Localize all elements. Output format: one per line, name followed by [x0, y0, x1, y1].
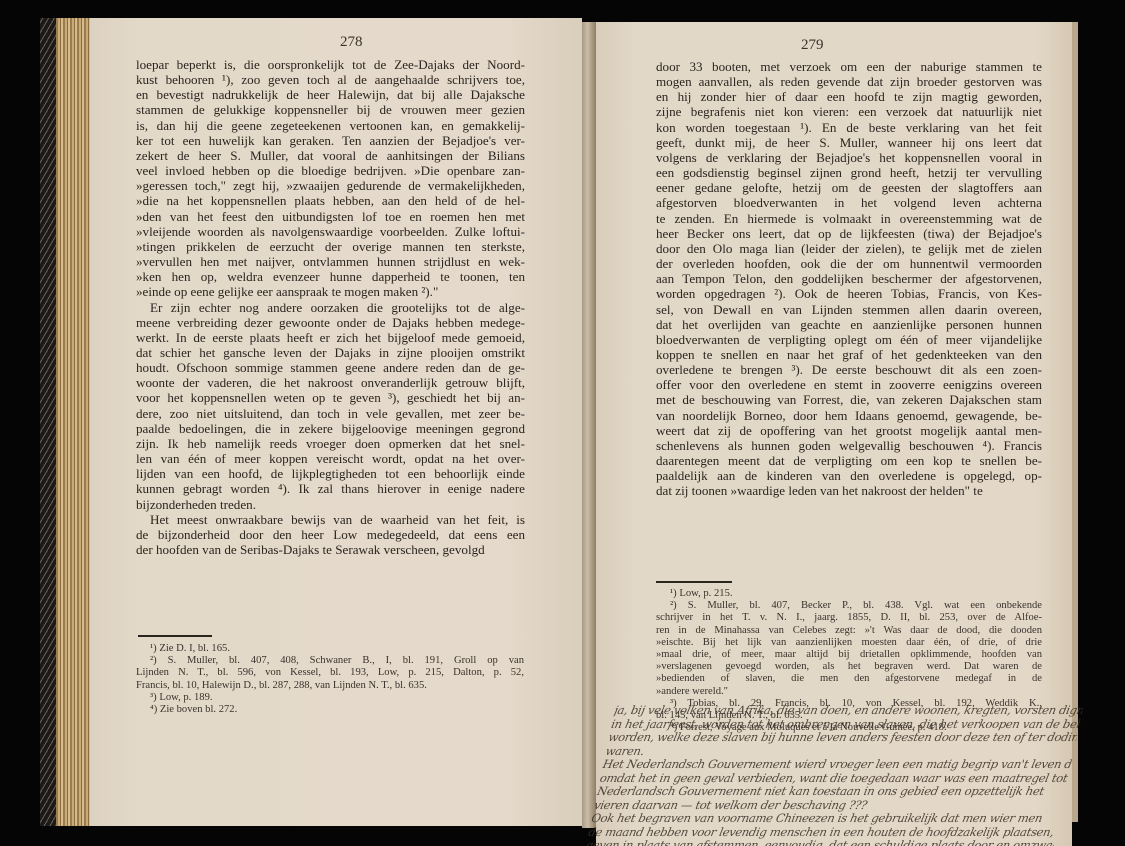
text-line: aan Tempon Telon, den goddelijken besche…: [656, 271, 1042, 286]
page-number-right: 279: [801, 37, 824, 54]
text-line: werkt. In de eerste plaats heeft er zich…: [136, 330, 525, 345]
text-line: veel invloed hebben op die bloedige bedr…: [136, 163, 525, 178]
left-page-body: loepar beperkt is, die oorspronkelijk to…: [136, 57, 525, 557]
footnote-line: ²) S. Muller, bl. 407, 408, Schwaner B.,…: [136, 655, 524, 667]
text-line: de bijzonderheid door den heer Low medeg…: [136, 527, 525, 542]
text-line: »die na het koppensnellen plaats hebben,…: [136, 193, 525, 208]
handwritten-line: Nederlandsch Gouvernement niet kan toest…: [596, 785, 1067, 799]
text-line: door 33 booten, met verzoek om een der n…: [656, 59, 1042, 74]
text-line: geeft, dunkt mij, de heer S. Muller, wan…: [656, 135, 1042, 150]
right-page-edge: [1072, 22, 1078, 822]
text-line: Er zijn echter nog andere oorzaken die g…: [136, 300, 525, 315]
footnote-line: »andere wereld.": [656, 686, 1042, 698]
text-line: kon worden toegestaan ¹). En de beste ve…: [656, 120, 1042, 135]
text-line: daarentegen meent dat de verpligting om …: [656, 453, 1042, 468]
footnote-line: ren in de Minahassa van Celebes zegt: »'…: [656, 625, 1042, 637]
text-line: paaldelijk aan de kinderen van den overl…: [656, 468, 1042, 483]
text-line: overledene te brengen ³). De eerste besc…: [656, 362, 1042, 377]
text-line: afgestorven bloedverwanten in het volgen…: [656, 195, 1042, 210]
text-line: paalde bedoelingen, die in zekere bijgel…: [136, 421, 525, 436]
book-gutter: [582, 22, 596, 828]
footnote-rule-left: [138, 635, 212, 637]
left-page-footnotes: ¹) Zie D. I, bl. 165.²) S. Muller, bl. 4…: [136, 643, 524, 716]
footnote-line: »verslagenen gevoegd worden, als het beg…: [656, 661, 1042, 673]
text-line: koppen te snellen en naar het graf of he…: [656, 347, 1042, 362]
text-line: van noordelijk Borneo, door hem Idaans g…: [656, 408, 1042, 423]
footnote-line: ⁴) Zie boven bl. 272.: [136, 704, 524, 716]
text-line: lijden van een hoofd, de lijkplegtighede…: [136, 466, 525, 481]
text-line: zijne begrafenis niet kon vieren: een ve…: [656, 104, 1042, 119]
text-line: »einde op eene gelijke eer aanspraak te …: [136, 284, 525, 299]
handwritten-line: Ook het begraven van voorname Chineezen …: [590, 812, 1061, 826]
footnote-line: Francis, bl. 10, Halewijn D., bl. 287, 2…: [136, 680, 524, 692]
text-line: dat zij toonen »waardige leden van het n…: [656, 483, 1042, 498]
text-line: bloedverwanten de verpligting oplegt om …: [656, 332, 1042, 347]
text-line: woonte der vaderen, die het nakroost onv…: [136, 375, 525, 390]
text-line: en bevestigt nadrukkelijk de heer Halewi…: [136, 87, 525, 102]
text-line: te zenden. En hiermede is volmaakt in ov…: [656, 211, 1042, 226]
text-line: der hoofden van de Seribas-Dajaks te Ser…: [136, 542, 525, 557]
text-line: dere, zoo niet uitsluitend, dan toch in …: [136, 406, 525, 421]
page-number-left: 278: [340, 34, 363, 51]
text-line: »geressen toch," zegt hij, »zwaaijen ged…: [136, 178, 525, 193]
text-line: heer Becker ons leert, dat op de lijkfee…: [656, 226, 1042, 241]
text-line: voor het koppensnellen weten op te geven…: [136, 390, 525, 405]
footnote-line: ³) Low, p. 189.: [136, 692, 524, 704]
handwritten-line: in het jaarfeest, worden tot het ombreng…: [610, 718, 1081, 732]
text-line: sel, von Dewall en van Lijnden stemmen a…: [656, 302, 1042, 317]
text-line: mogen aanvallen, als reden gevende dat z…: [656, 74, 1042, 89]
footnote-line: schrijver in het T. v. N. I., jaarg. 185…: [656, 612, 1042, 624]
handwritten-annotation: ja, bij vele volken van Afrika, die van …: [584, 704, 1084, 846]
right-page-body: door 33 booten, met verzoek om een der n…: [656, 59, 1042, 499]
footnote-rule-right: [656, 581, 732, 583]
footnote-line: »maal drie, of meer, maar altijd bij dri…: [656, 649, 1042, 661]
text-line: »den van het feest den uitbundigsten lof…: [136, 209, 525, 224]
text-line: kust behooren ¹), zoo geven toch al de a…: [136, 72, 525, 87]
handwritten-line: omdat het in geen geval verbieden, want …: [599, 772, 1070, 786]
text-line: »vervullen hen met naijver, ontvlammen h…: [136, 254, 525, 269]
footnote-line: »eischte. Bij het lijk van aanzienlijken…: [656, 637, 1042, 649]
text-line: met de beschouwing van Forrest, die, van…: [656, 392, 1042, 407]
text-line: zekert de heer S. Muller, dat vooral de …: [136, 148, 525, 163]
handwritten-line: waren.: [604, 745, 1075, 759]
text-line: schenlevens als hunnen goden welgevallig…: [656, 438, 1042, 453]
handwritten-line: worden, welke deze slaven bij hunne leve…: [607, 731, 1078, 745]
text-line: offer voor den overledene en stemt in zo…: [656, 377, 1042, 392]
footnote-line: »bedienden of slaven, die men den afgest…: [656, 673, 1042, 685]
footnote-line: Lijnden N. T., bl. 596, von Kessel, bl. …: [136, 667, 524, 679]
footnote-line: ¹) Low, p. 215.: [656, 588, 1042, 600]
footnote-line: ¹) Zie D. I, bl. 165.: [136, 643, 524, 655]
handwritten-line: geven in plaats van afstemmen, eenvoudig…: [584, 839, 1055, 846]
text-line: stammen de gelukkige koppensneller bij d…: [136, 102, 525, 117]
text-line: dat schier het gansche leven der Dajaks …: [136, 345, 525, 360]
left-page: 278 loepar beperkt is, die oorspronkelij…: [90, 18, 582, 826]
text-line: »vleijende woorden als navolgenswaardige…: [136, 224, 525, 239]
text-line: is, dan hij die geene zegeteekenen verto…: [136, 118, 525, 133]
text-line: worden opgedragen ²). Ook de heeren Tobi…: [656, 286, 1042, 301]
text-line: volgens de verklaring der Bejadjoe's het…: [656, 150, 1042, 165]
handwritten-line: vieren daarvan — tot welkom der beschavi…: [593, 799, 1064, 813]
text-line: weert dat zij de opoffering van het groo…: [656, 423, 1042, 438]
text-line: len van één of meer koppen vereischt wor…: [136, 451, 525, 466]
text-line: meene verbreiding dezer gewoonte onder d…: [136, 315, 525, 330]
text-line: houdt. Ofschoon sommige stammen geene an…: [136, 360, 525, 375]
text-line: »tingen prikkelen de eerzucht der overig…: [136, 239, 525, 254]
text-line: eener gedane gelofte, hetzij om de geest…: [656, 180, 1042, 195]
text-line: Het meest onwraakbare bewijs van de waar…: [136, 512, 525, 527]
text-line: zijn. Ik heb namelijk reeds vroeger doen…: [136, 436, 525, 451]
handwritten-line: Het Nederlandsch Gouvernement wierd vroe…: [601, 758, 1072, 772]
text-line: door den Olo maga lian (leider der ziele…: [656, 241, 1042, 256]
text-line: kunnen gebragt worden ⁴). Ik zal thans h…: [136, 481, 525, 496]
text-line: der overleden hoofden, ook die der om hu…: [656, 256, 1042, 271]
footnote-line: ²) S. Muller, bl. 407, Becker P., bl. 43…: [656, 600, 1042, 612]
text-line: bijzonderheden treden.: [136, 497, 525, 512]
text-line: loepar beperkt is, die oorspronkelijk to…: [136, 57, 525, 72]
page-stack-edges: [56, 18, 90, 826]
text-line: een godsdienstig beginsel zijnen grond h…: [656, 165, 1042, 180]
handwritten-line: de maand hebben voor levendig menschen i…: [587, 826, 1058, 840]
text-line: en hij zonder hier of daar een hoofd te …: [656, 89, 1042, 104]
text-line: »ken hen op, weldra evenzeer hunne dappe…: [136, 269, 525, 284]
text-line: ker tot een huwelijk kan geraken. Ten aa…: [136, 133, 525, 148]
handwritten-line: ja, bij vele volken van Afrika, die van …: [613, 704, 1084, 718]
text-line: dat het overlijden van geachte en aanzie…: [656, 317, 1042, 332]
